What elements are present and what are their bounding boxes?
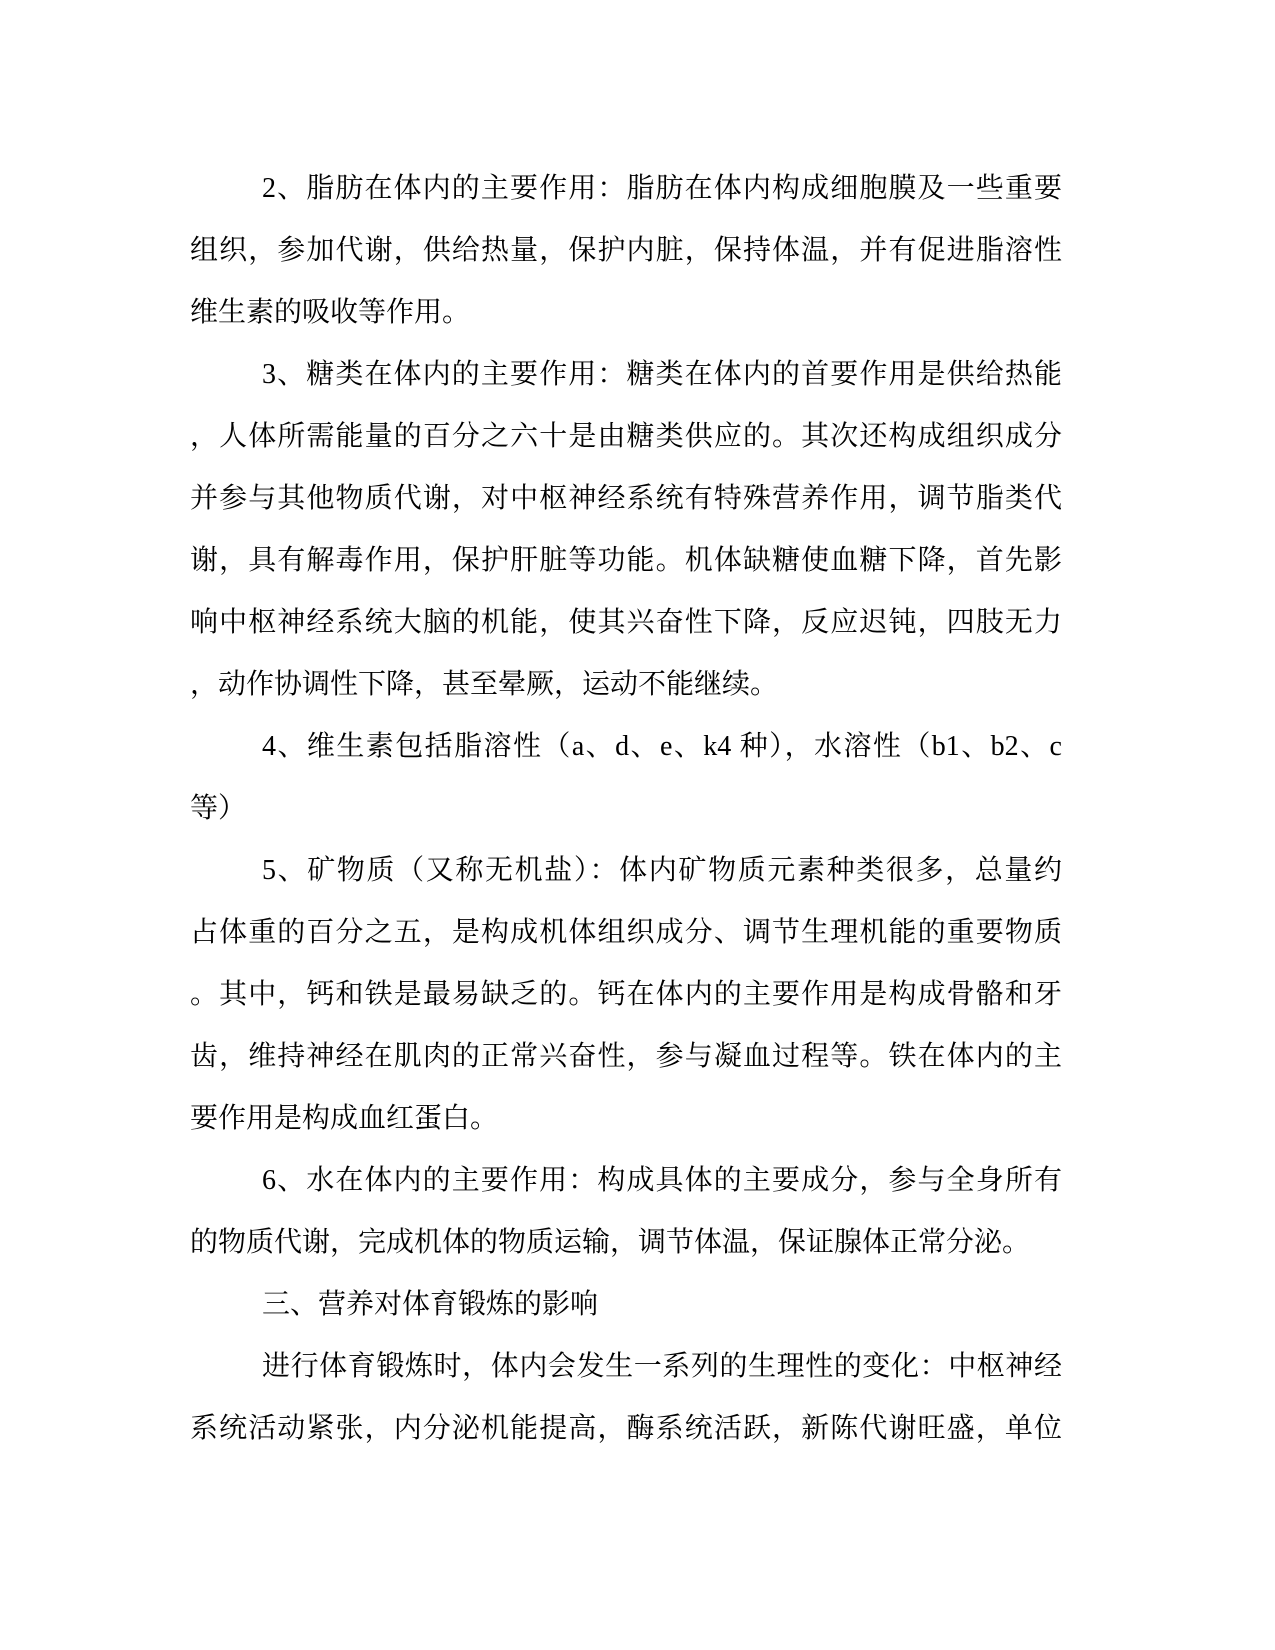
text-line: 谢，具有解毒作用，保护肝脏等功能。机体缺糖使血糖下降，首先影	[190, 530, 1062, 592]
text-line: ，动作协调性下降，甚至晕厥，运动不能继续。	[190, 654, 1062, 716]
text-line: 。其中，钙和铁是最易缺乏的。钙在体内的主要作用是构成骨骼和牙	[190, 964, 1062, 1026]
text-line: 6、水在体内的主要作用：构成具体的主要成分，参与全身所有	[190, 1150, 1062, 1212]
text-line: 响中枢神经系统大脑的机能，使其兴奋性下降，反应迟钝，四肢无力	[190, 592, 1062, 654]
text-line: 三、营养对体育锻炼的影响	[190, 1274, 1062, 1336]
text-line: 组织，参加代谢，供给热量，保护内脏，保持体温，并有促进脂溶性	[190, 220, 1062, 282]
text-line: 的物质代谢，完成机体的物质运输，调节体温，保证腺体正常分泌。	[190, 1212, 1062, 1274]
text-line: 进行体育锻炼时，体内会发生一系列的生理性的变化：中枢神经	[190, 1336, 1062, 1398]
text-line: 并参与其他物质代谢，对中枢神经系统有特殊营养作用，调节脂类代	[190, 468, 1062, 530]
text-block: 2、脂肪在体内的主要作用：脂肪在体内构成细胞膜及一些重要组织，参加代谢，供给热量…	[190, 158, 1062, 1460]
text-line: 维生素的吸收等作用。	[190, 282, 1062, 344]
text-line: 等）	[190, 778, 1062, 840]
text-line: ，人体所需能量的百分之六十是由糖类供应的。其次还构成组织成分	[190, 406, 1062, 468]
text-line: 占体重的百分之五，是构成机体组织成分、调节生理机能的重要物质	[190, 902, 1062, 964]
text-line: 系统活动紧张，内分泌机能提高，酶系统活跃，新陈代谢旺盛，单位	[190, 1398, 1062, 1460]
text-line: 5、矿物质（又称无机盐）：体内矿物质元素种类很多，总量约	[190, 840, 1062, 902]
text-line: 4、维生素包括脂溶性（a、d、e、k4 种），水溶性（b1、b2、c	[190, 716, 1062, 778]
document-page: 2、脂肪在体内的主要作用：脂肪在体内构成细胞膜及一些重要组织，参加代谢，供给热量…	[0, 0, 1275, 1650]
text-line: 要作用是构成血红蛋白。	[190, 1088, 1062, 1150]
text-line: 3、糖类在体内的主要作用：糖类在体内的首要作用是供给热能	[190, 344, 1062, 406]
text-line: 2、脂肪在体内的主要作用：脂肪在体内构成细胞膜及一些重要	[190, 158, 1062, 220]
text-line: 齿，维持神经在肌肉的正常兴奋性，参与凝血过程等。铁在体内的主	[190, 1026, 1062, 1088]
